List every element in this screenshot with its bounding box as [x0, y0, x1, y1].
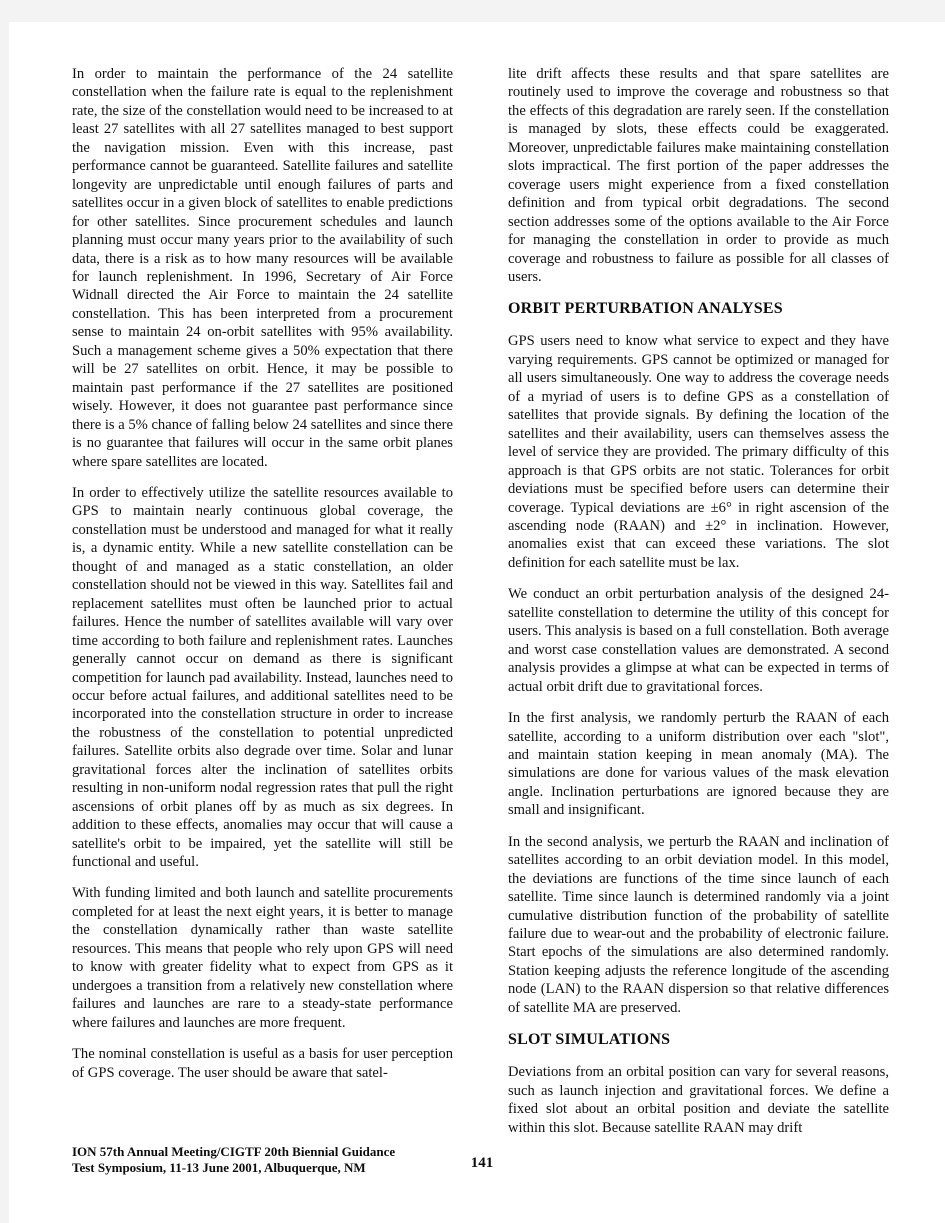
paper-page-surface: In order to maintain the performance of … [9, 22, 945, 1223]
section-heading-slot-simulations: SLOT SIMULATIONS [508, 1030, 889, 1050]
body-paragraph-first-analysis: In the first analysis, we randomly pertu… [508, 709, 889, 820]
body-paragraph-nominal-constellation: The nominal constellation is useful as a… [72, 1045, 453, 1082]
body-paragraph-constellation-performance: In order to maintain the performance of … [72, 65, 453, 471]
body-paragraph-slot-deviations: Deviations from an orbital position can … [508, 1063, 889, 1137]
left-text-column: In order to maintain the performance of … [72, 65, 453, 1095]
body-paragraph-satellite-drift: lite drift affects these results and tha… [508, 65, 889, 286]
page-number: 141 [452, 1155, 512, 1172]
body-paragraph-second-analysis: In the second analysis, we perturb the R… [508, 833, 889, 1018]
section-heading-orbit-perturbation-analyses: ORBIT PERTURBATION ANALYSES [508, 299, 889, 319]
footer-conference-line1: ION 57th Annual Meeting/CIGTF 20th Bienn… [72, 1144, 432, 1160]
body-paragraph-perturbation-analysis: We conduct an orbit perturbation analysi… [508, 585, 889, 696]
footer-conference-line2: Test Symposium, 11-13 June 2001, Albuque… [72, 1160, 432, 1176]
right-text-column: lite drift affects these results and tha… [508, 65, 889, 1150]
body-paragraph-funding-limited: With funding limited and both launch and… [72, 884, 453, 1032]
footer-conference-info: ION 57th Annual Meeting/CIGTF 20th Bienn… [72, 1144, 432, 1175]
body-paragraph-dynamic-entity: In order to effectively utilize the sate… [72, 484, 453, 872]
body-paragraph-gps-users-service: GPS users need to know what service to e… [508, 332, 889, 572]
scanned-paper-page: In order to maintain the performance of … [0, 0, 945, 1223]
